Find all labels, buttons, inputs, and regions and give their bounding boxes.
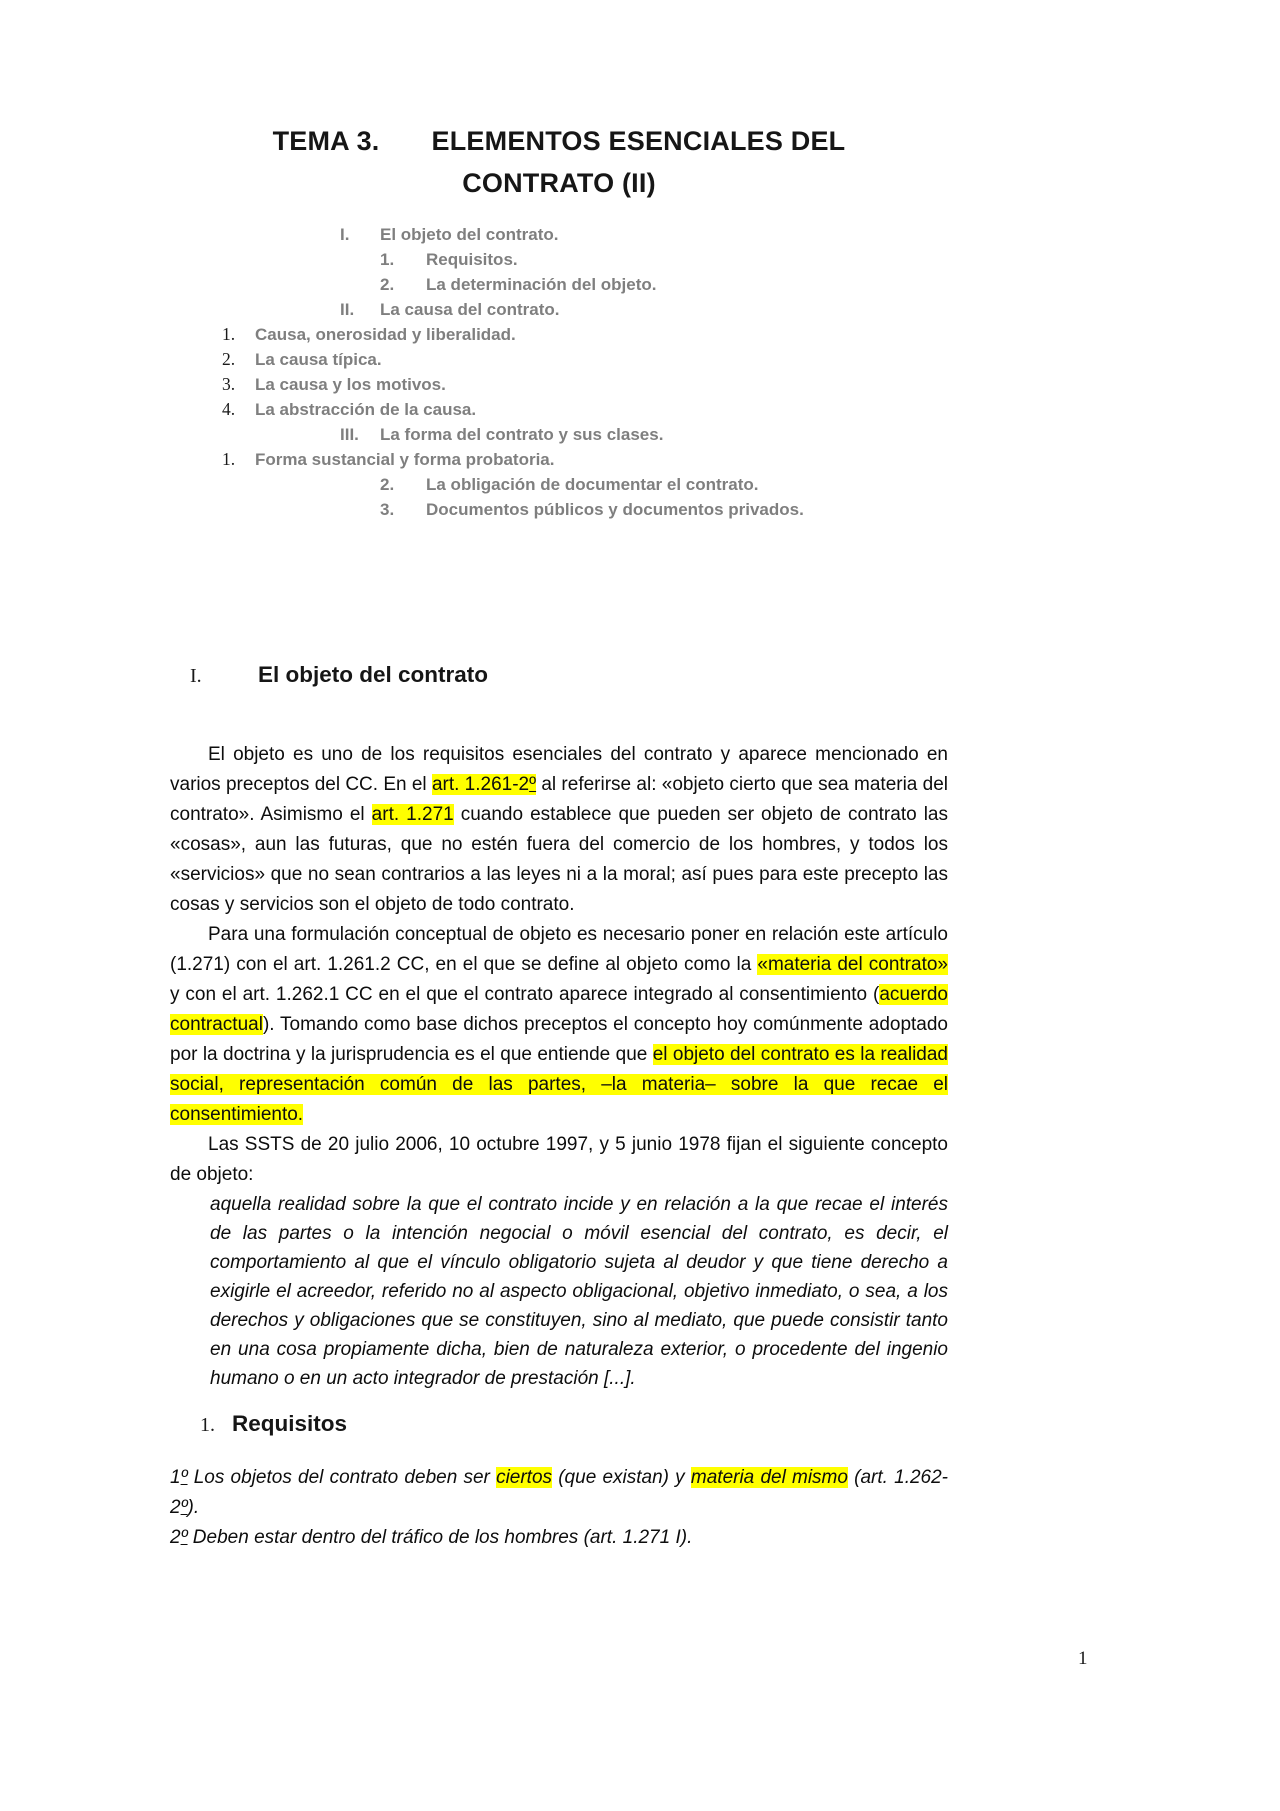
paragraph-ssts: Las SSTS de 20 julio 2006, 10 octubre 19… xyxy=(170,1130,948,1190)
outline-item-label: Documentos públicos y documentos privado… xyxy=(426,497,804,522)
text-run: ). xyxy=(188,1497,200,1518)
page-title: TEMA 3.ELEMENTOS ESENCIALES DEL CONTRATO… xyxy=(209,120,909,204)
section-heading-objeto: I. El objeto del contrato xyxy=(170,662,948,688)
outline-marker: 1. xyxy=(222,322,255,347)
outline-item-label: Causa, onerosidad y liberalidad. xyxy=(255,322,516,347)
outline-item-label: Forma sustancial y forma probatoria. xyxy=(255,447,554,472)
outline: I.El objeto del contrato.1.Requisitos.2.… xyxy=(170,222,948,522)
document-page: TEMA 3.ELEMENTOS ESENCIALES DEL CONTRATO… xyxy=(0,0,1280,1811)
text-run: Deben estar dentro del tráfico de los ho… xyxy=(188,1527,693,1548)
outline-item: 1.Forma sustancial y forma probatoria. xyxy=(170,447,948,472)
paragraph-objeto-1: El objeto es uno de los requisitos esenc… xyxy=(170,740,948,920)
outline-marker: 2. xyxy=(380,472,426,497)
section-title: Requisitos xyxy=(232,1411,347,1437)
outline-item-label: El objeto del contrato. xyxy=(380,222,559,247)
highlighted-text: art. 1.261-2 xyxy=(432,774,529,795)
outline-marker: 3. xyxy=(380,497,426,522)
outline-marker: 1. xyxy=(380,247,426,272)
outline-marker: 2. xyxy=(222,347,255,372)
highlighted-text: «materia del contrato» xyxy=(757,954,948,975)
title-text: ELEMENTOS ESENCIALES DEL CONTRATO (II) xyxy=(432,126,846,198)
outline-item-label: La determinación del objeto. xyxy=(426,272,656,297)
highlighted-text: ciertos xyxy=(496,1467,552,1488)
section-number: 1. xyxy=(200,1414,232,1437)
outline-item: 1.Requisitos. xyxy=(170,247,948,272)
text-run: y con el art. 1.262.1 CC en el que el co… xyxy=(170,984,879,1005)
outline-item: 2.La obligación de documentar el contrat… xyxy=(170,472,948,497)
outline-marker: I. xyxy=(340,222,380,247)
text-run: º xyxy=(181,1497,188,1518)
outline-marker: III. xyxy=(340,422,380,447)
paragraph-objeto-2: Para una formulación conceptual de objet… xyxy=(170,920,948,1130)
outline-marker: II. xyxy=(340,297,380,322)
outline-item-label: La causa típica. xyxy=(255,347,382,372)
text-run: (que existan) y xyxy=(552,1467,691,1488)
outline-item: III.La forma del contrato y sus clases. xyxy=(170,422,948,447)
title-label: TEMA 3. xyxy=(273,126,380,156)
outline-item-label: La causa del contrato. xyxy=(380,297,560,322)
outline-marker: 2. xyxy=(380,272,426,297)
requisito-2: 2º Deben estar dentro del tráfico de los… xyxy=(170,1523,948,1553)
outline-item-label: La obligación de documentar el contrato. xyxy=(426,472,759,497)
text-run: 2 xyxy=(170,1527,181,1548)
outline-item-label: La forma del contrato y sus clases. xyxy=(380,422,663,447)
outline-item: I.El objeto del contrato. xyxy=(170,222,948,247)
text-run: 1 xyxy=(170,1467,181,1488)
outline-item-label: La causa y los motivos. xyxy=(255,372,446,397)
text-run: aquella realidad sobre la que el contrat… xyxy=(210,1194,948,1389)
outline-item-label: La abstracción de la causa. xyxy=(255,397,476,422)
outline-item: 2.La causa típica. xyxy=(170,347,948,372)
requisitos-list: 1º Los objetos del contrato deben ser ci… xyxy=(170,1463,948,1553)
outline-item: 3.La causa y los motivos. xyxy=(170,372,948,397)
section-heading-requisitos: 1. Requisitos xyxy=(170,1411,948,1437)
text-run: º xyxy=(181,1527,188,1548)
outline-marker: 1. xyxy=(222,447,255,472)
text-run: Los objetos del contrato deben ser xyxy=(188,1467,497,1488)
section-title: El objeto del contrato xyxy=(258,662,488,688)
outline-item: 4.La abstracción de la causa. xyxy=(170,397,948,422)
section-number: I. xyxy=(190,665,258,688)
outline-item: 2.La determinación del objeto. xyxy=(170,272,948,297)
requisito-1: 1º Los objetos del contrato deben ser ci… xyxy=(170,1463,948,1523)
page-number: 1 xyxy=(1078,1648,1088,1670)
outline-item: 3.Documentos públicos y documentos priva… xyxy=(170,497,948,522)
highlighted-text: materia del mismo xyxy=(691,1467,848,1488)
text-run: º xyxy=(181,1467,188,1488)
outline-marker: 3. xyxy=(222,372,255,397)
highlighted-text: art. 1.271 xyxy=(372,804,454,825)
outline-item-label: Requisitos. xyxy=(426,247,518,272)
blockquote-concepto-objeto: aquella realidad sobre la que el contrat… xyxy=(210,1190,948,1393)
text-run: Las SSTS de 20 julio 2006, 10 octubre 19… xyxy=(170,1134,948,1185)
outline-item: 1.Causa, onerosidad y liberalidad. xyxy=(170,322,948,347)
outline-item: II.La causa del contrato. xyxy=(170,297,948,322)
outline-marker: 4. xyxy=(222,397,255,422)
